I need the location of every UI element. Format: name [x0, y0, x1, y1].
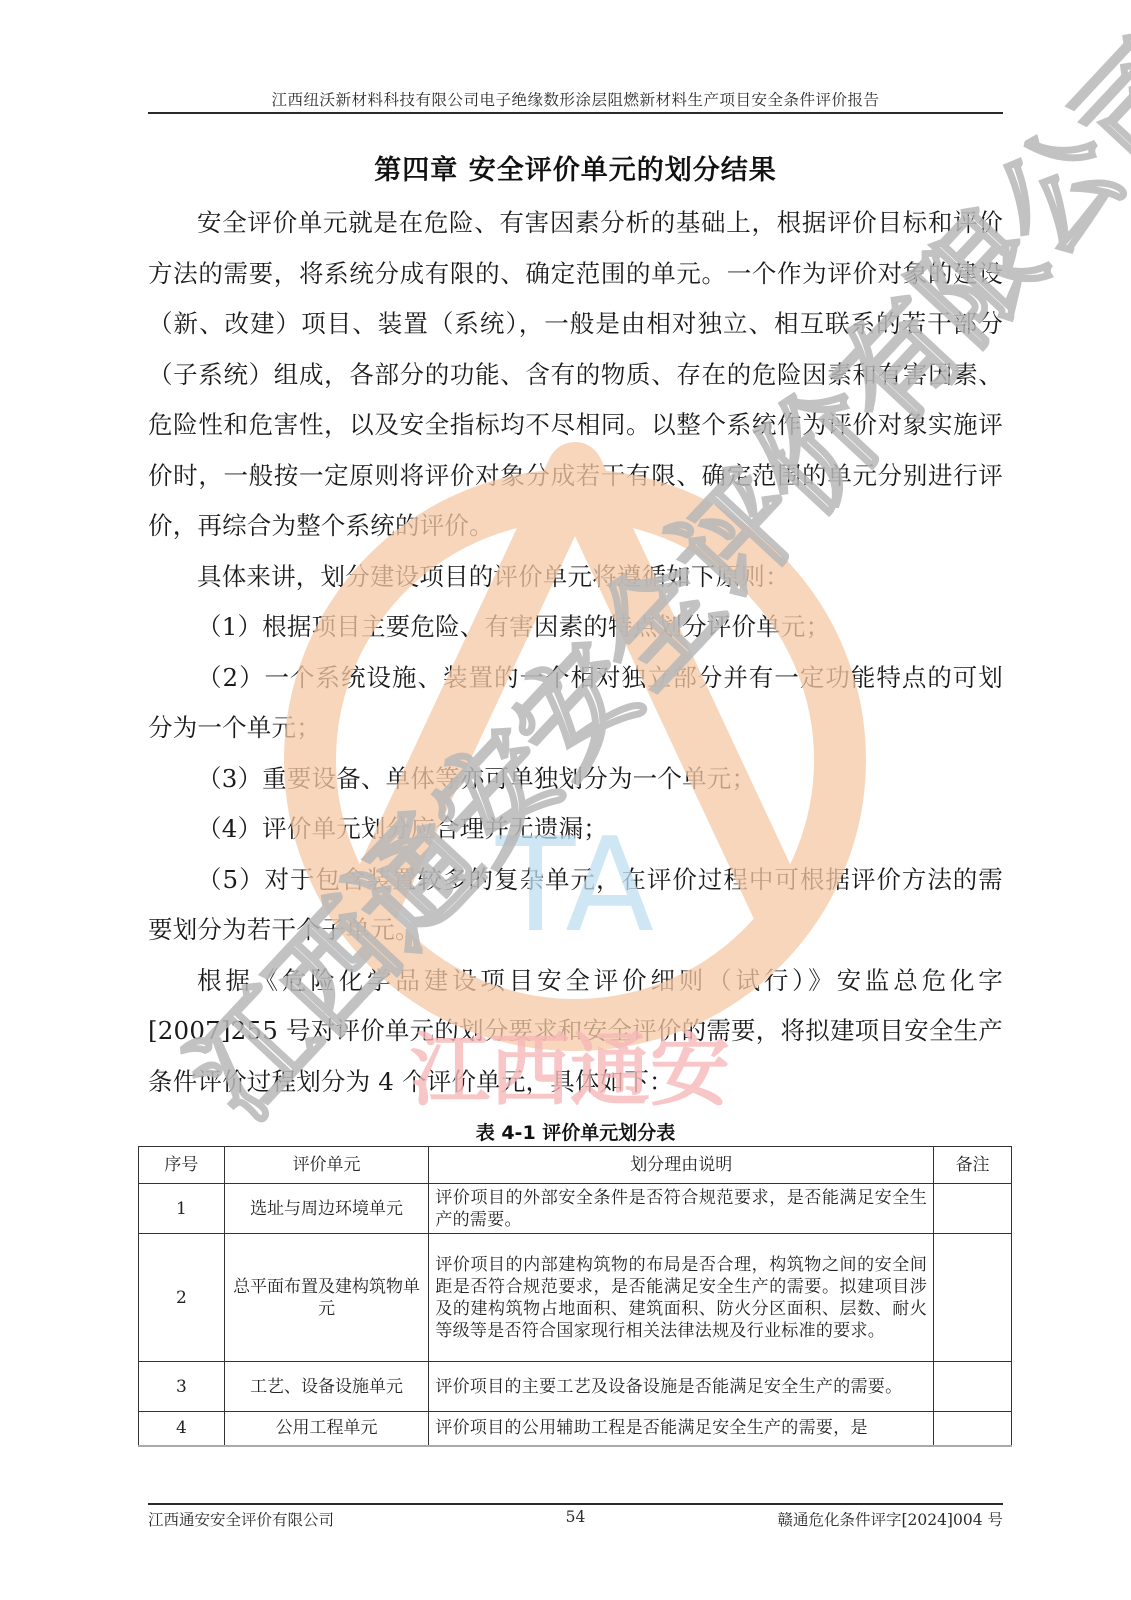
footer-doc-number: 赣通危化条件评字[2024]004 号 — [777, 1508, 1003, 1530]
evaluation-units-table: 序号 评价单元 划分理由说明 备注 1 选址与周边环境单元 评价项目的外部安全条… — [138, 1146, 1012, 1447]
cell-reason: 评价项目的内部建构筑物的布局是否合理，构筑物之间的安全间距是否符合规范要求，是否… — [429, 1234, 934, 1362]
principle-2: （2）一个系统设施、装置的一个相对独立部分并有一定功能特点的可划分为一个单元； — [148, 653, 1003, 754]
cell-note — [934, 1184, 1012, 1234]
cell-no: 4 — [139, 1412, 225, 1446]
cell-reason: 评价项目的外部安全条件是否符合规范要求，是否能满足安全生产的需要。 — [429, 1184, 934, 1234]
page-header: 江西纽沃新材料科技有限公司电子绝缘数形涂层阻燃新材料生产项目安全条件评价报告 — [148, 88, 1003, 110]
body-text: 安全评价单元就是在危险、有害因素分析的基础上，根据评价目标和评价方法的需要，将系… — [148, 198, 1003, 1107]
cell-reason: 评价项目的主要工艺及设备设施是否能满足安全生产的需要。 — [429, 1362, 934, 1412]
cell-no: 2 — [139, 1234, 225, 1362]
paragraph-principles-lead: 具体来讲，划分建设项目的评价单元将遵循如下原则： — [148, 552, 1003, 603]
table-row: 4 公用工程单元 评价项目的公用辅助工程是否能满足安全生产的需要，是 — [139, 1412, 1012, 1446]
cell-unit: 公用工程单元 — [224, 1412, 429, 1446]
cell-no: 3 — [139, 1362, 225, 1412]
table-row: 2 总平面布置及建构筑物单元 评价项目的内部建构筑物的布局是否合理，构筑物之间的… — [139, 1234, 1012, 1362]
table-caption: 表 4-1 评价单元划分表 — [148, 1118, 1003, 1145]
chapter-title: 第四章 安全评价单元的划分结果 — [148, 148, 1003, 187]
header-reason: 划分理由说明 — [429, 1147, 934, 1184]
table-row: 1 选址与周边环境单元 评价项目的外部安全条件是否符合规范要求，是否能满足安全生… — [139, 1184, 1012, 1234]
principle-3: （3）重要设备、单体等亦可单独划分为一个单元； — [148, 754, 1003, 805]
cell-unit: 工艺、设备设施单元 — [224, 1362, 429, 1412]
cell-no: 1 — [139, 1184, 225, 1234]
principle-5: （5）对于包含装置较多的复杂单元，在评价过程中可根据评价方法的需要划分为若干个子… — [148, 855, 1003, 956]
cell-note — [934, 1234, 1012, 1362]
paragraph-intro: 安全评价单元就是在危险、有害因素分析的基础上，根据评价目标和评价方法的需要，将系… — [148, 198, 1003, 552]
cell-unit: 总平面布置及建构筑物单元 — [224, 1234, 429, 1362]
principle-1: （1）根据项目主要危险、有害因素的特点划分评价单元； — [148, 602, 1003, 653]
principle-4: （4）评价单元划分应合理并无遗漏； — [148, 804, 1003, 855]
header-no: 序号 — [139, 1147, 225, 1184]
table-header-row: 序号 评价单元 划分理由说明 备注 — [139, 1147, 1012, 1184]
cell-unit: 选址与周边环境单元 — [224, 1184, 429, 1234]
cell-reason: 评价项目的公用辅助工程是否能满足安全生产的需要，是 — [429, 1412, 934, 1446]
header-rule — [148, 112, 1003, 114]
table-row: 3 工艺、设备设施单元 评价项目的主要工艺及设备设施是否能满足安全生产的需要。 — [139, 1362, 1012, 1412]
footer-rule — [148, 1503, 1003, 1505]
page-footer: 江西通安安全评价有限公司 54 赣通危化条件评字[2024]004 号 — [148, 1508, 1003, 1530]
header-note: 备注 — [934, 1147, 1012, 1184]
header-unit: 评价单元 — [224, 1147, 429, 1184]
paragraph-basis: 根据《危险化学品建设项目安全评价细则（试行）》安监总危化字[2007]255 号… — [148, 956, 1003, 1108]
cell-note — [934, 1412, 1012, 1446]
cell-note — [934, 1362, 1012, 1412]
